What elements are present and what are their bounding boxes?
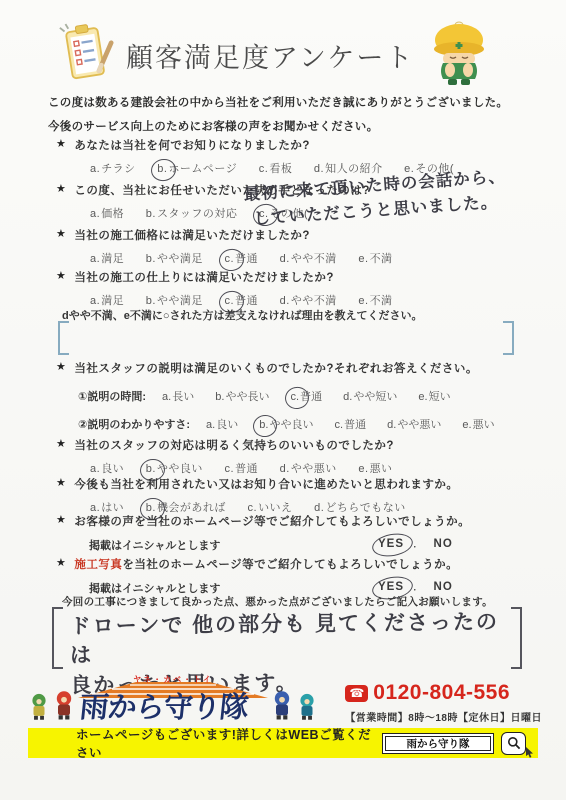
star-icon: ★ xyxy=(56,476,66,492)
no-label: NO xyxy=(434,538,453,550)
star-icon: ★ xyxy=(56,360,66,376)
question-text: 当社のスタッフの対応は明るく気持ちのいいものでしたか? xyxy=(74,437,394,453)
option-letter: b. xyxy=(145,295,157,307)
star-icon: ★ xyxy=(56,182,66,198)
footer: ヤネ・カベ・トイ 雨から守り隊 ☎ 0120-804-556 【営業時間】8時〜… xyxy=(28,676,542,726)
option-label: 満足 xyxy=(101,253,124,265)
option-letter: a. xyxy=(89,163,101,175)
star-icon: ★ xyxy=(56,556,66,572)
option-b: b.やや満足 xyxy=(145,295,203,307)
star-icon: ★ xyxy=(56,227,66,243)
option-letter: b. xyxy=(258,419,269,431)
business-hours: 【営業時間】8時〜18時【定休日】日曜日 xyxy=(345,709,542,724)
question-text: 当社の施工の仕上りには満足いただけましたか? xyxy=(74,269,334,285)
option-letter: a. xyxy=(89,295,101,307)
option-label: やや短い xyxy=(353,391,397,403)
option-letter: e. xyxy=(461,419,472,431)
option-letter: b. xyxy=(214,391,225,403)
logo-tagline: ヤネ・カベ・トイ xyxy=(78,674,268,685)
option-letter: e. xyxy=(357,463,369,475)
option-label: やや不満 xyxy=(291,295,337,307)
web-banner: ホームページもございます!詳しくはWEBご覧ください 雨から守り隊 xyxy=(28,728,538,758)
option-d: d.やや悪い xyxy=(279,463,337,475)
star-icon: ★ xyxy=(56,513,66,529)
option-label: 看板 xyxy=(269,163,292,175)
option-e: e.悪い xyxy=(357,463,392,475)
option-letter: b. xyxy=(145,463,157,475)
separator: ． xyxy=(413,538,426,550)
banner-text: ホームページもございます!詳しくはWEBご覧ください xyxy=(76,725,382,761)
question-text: お客様の声を当社のホームページ等でご紹介してもよろしいでしょうか。 xyxy=(74,513,470,529)
sub-question-clarity: ②説明のわかりやすさ: a.良い b.やや良い c.普通 d.やや悪い e.悪い xyxy=(78,416,540,432)
option-a: a.満足 xyxy=(89,295,124,307)
star-icon: ★ xyxy=(56,137,66,153)
question-4: ★当社の施工の仕上りには満足いただけましたか? a.満足 b.やや満足 c.普通… xyxy=(56,269,540,308)
option-c: c.普通 xyxy=(224,295,259,307)
sub-label: ①説明の時間: xyxy=(78,391,146,403)
red-highlight: 施工写真 xyxy=(74,559,122,571)
option-label: 短い xyxy=(429,391,451,403)
company-logo: ヤネ・カベ・トイ 雨から守り隊 xyxy=(28,676,318,726)
option-a: a.チラシ xyxy=(89,163,136,175)
clipboard-icon xyxy=(58,22,114,89)
option-c: c.看板 xyxy=(258,163,293,175)
option-a: a.価格 xyxy=(89,208,124,220)
magnifier-icon xyxy=(507,736,521,750)
option-letter: e. xyxy=(357,295,369,307)
question-text: 当社の施工価格には満足いただけましたか? xyxy=(74,227,310,243)
option-letter: a. xyxy=(205,419,216,431)
option-label: 良い xyxy=(216,419,238,431)
option-label: 普通 xyxy=(235,463,258,475)
question-5: ★当社スタッフの説明は満足のいくものでしたか?それぞれお答えください。 ①説明の… xyxy=(56,360,540,432)
option-letter: b. xyxy=(145,208,157,220)
pointer-cursor-icon xyxy=(525,745,534,763)
handwritten-line: ドローンで 他の部分も 見てくださったのは xyxy=(70,608,505,671)
option-letter: d. xyxy=(386,419,397,431)
option-e: e.不満 xyxy=(357,253,392,265)
option-letter: c. xyxy=(224,295,236,307)
no-label: NO xyxy=(434,581,453,593)
option-label: やや悪い xyxy=(291,463,337,475)
question-text: あなたは当社を何でお知りになりましたか? xyxy=(74,137,310,153)
option-label: 長い xyxy=(172,391,194,403)
option-label: チラシ xyxy=(101,163,136,175)
yes-no-choice: YES．NO xyxy=(377,535,453,551)
option-letter: a. xyxy=(89,463,101,475)
question-text-rest: を当社のホームページ等でご紹介してもよろしいでしょうか。 xyxy=(122,559,458,571)
option-b: b.やや良い xyxy=(145,463,203,475)
option-e: e.短い xyxy=(417,391,450,403)
intro-text: この度は数ある建設会社の中から当社をご利用いただき誠にありがとうございました。 … xyxy=(48,92,508,139)
option-label: ホームページ xyxy=(168,163,237,175)
option-label: 悪い xyxy=(473,419,495,431)
option-label: やや満足 xyxy=(157,253,203,265)
green-hero-mascot-icon xyxy=(28,691,50,726)
search-button xyxy=(501,732,526,755)
search-value: 雨から守り隊 xyxy=(385,736,491,751)
option-label: 不満 xyxy=(370,253,393,265)
star-icon: ★ xyxy=(56,269,66,285)
search-input: 雨から守り隊 xyxy=(382,733,494,754)
option-c: c.普通 xyxy=(290,391,323,403)
option-letter: a. xyxy=(161,391,172,403)
question-3: ★当社の施工価格には満足いただけましたか? a.満足 b.やや満足 c.普通 d… xyxy=(56,227,540,266)
option-label: やや長い xyxy=(225,391,269,403)
intro-line-2: 今後のサービス向上のためにお客様の声をお聞かせください。 xyxy=(48,116,508,140)
option-label: 普通 xyxy=(344,419,366,431)
option-letter: a. xyxy=(89,253,101,265)
logo-text: 雨から守り隊 xyxy=(78,685,250,726)
question-9: ★施工写真を当社のホームページ等でご紹介してもよろしいでしょうか。 掲載はイニシ… xyxy=(56,556,540,596)
yes-no-choice: YES．NO xyxy=(377,578,453,594)
sub-question-time: ①説明の時間: a.長い b.やや長い c.普通 d.やや短い e.短い xyxy=(78,388,540,404)
option-d: d.やや悪い xyxy=(386,419,441,431)
option-a: a.満足 xyxy=(89,253,124,265)
scanned-survey-page: 顧客満足度アンケート この度は数ある建設会社の中から当社をご利用いただき誠にあり… xyxy=(0,0,566,800)
option-e: e.不満 xyxy=(357,295,392,307)
initials-note: 掲載はイニシャルとします xyxy=(89,540,220,552)
option-letter: e. xyxy=(417,391,428,403)
question-text: 今後も当社を利用されたい又はお知り合いに進めたいと思われますか。 xyxy=(74,476,458,492)
option-letter: b. xyxy=(145,253,157,265)
option-label: やや不満 xyxy=(291,253,337,265)
option-letter: c. xyxy=(224,463,236,475)
option-b: b.スタッフの対応 xyxy=(145,208,238,220)
option-label: 良い xyxy=(101,463,124,475)
yes-label: YES xyxy=(377,581,405,593)
option-letter: c. xyxy=(290,391,301,403)
navy-hero-mascot-icon xyxy=(270,688,294,726)
option-c: c.普通 xyxy=(224,463,259,475)
phone-icon: ☎ xyxy=(345,685,368,702)
option-label: スタッフの対応 xyxy=(157,208,238,220)
option-a: a.良い xyxy=(205,419,238,431)
search-widget: 雨から守り隊 xyxy=(382,732,526,755)
contact-block: ☎ 0120-804-556 【営業時間】8時〜18時【定休日】日曜日 xyxy=(345,676,542,724)
empty-answer-box xyxy=(58,321,514,355)
option-a: a.良い xyxy=(89,463,124,475)
question-8: ★お客様の声を当社のホームページ等でご紹介してもよろしいでしょうか。 掲載はイニ… xyxy=(56,513,540,553)
option-letter: b. xyxy=(156,163,168,175)
option-d: d.やや不満 xyxy=(279,253,337,265)
option-letter: d. xyxy=(279,295,291,307)
option-b: b.やや良い xyxy=(258,419,313,431)
option-a: a.長い xyxy=(161,391,194,403)
option-b: b.やや満足 xyxy=(145,253,203,265)
blue-hero-mascot-icon xyxy=(296,691,318,726)
option-letter: d. xyxy=(279,463,291,475)
option-b: b.ホームページ xyxy=(156,163,237,175)
option-letter: a. xyxy=(89,208,101,220)
phone-number: 0120-804-556 xyxy=(373,681,510,705)
intro-line-1: この度は数ある建設会社の中から当社をご利用いただき誠にありがとうございました。 xyxy=(48,92,508,116)
option-label: やや満足 xyxy=(157,295,203,307)
sub-label: ②説明のわかりやすさ: xyxy=(78,419,190,431)
option-d: d.やや不満 xyxy=(279,295,337,307)
option-b: b.やや長い xyxy=(214,391,269,403)
option-label: 悪い xyxy=(370,463,393,475)
question-6: ★当社のスタッフの対応は明るく気持ちのいいものでしたか? a.良い b.やや良い… xyxy=(56,437,540,476)
mascot-icon xyxy=(428,18,490,93)
question-7: ★今後も当社を利用されたい又はお知り合いに進めたいと思われますか。 a.はい b… xyxy=(56,476,540,515)
option-letter: d. xyxy=(342,391,353,403)
page-title: 顧客満足度アンケート xyxy=(126,36,414,75)
yes-label: YES xyxy=(377,538,405,550)
option-letter: d. xyxy=(279,253,291,265)
option-label: やや悪い xyxy=(397,419,441,431)
option-letter: c. xyxy=(334,419,345,431)
option-label: 満足 xyxy=(101,295,124,307)
red-hero-mascot-icon xyxy=(52,688,76,726)
option-label: 価格 xyxy=(101,208,124,220)
question-text: 施工写真を当社のホームページ等でご紹介してもよろしいでしょうか。 xyxy=(74,556,458,572)
star-icon: ★ xyxy=(56,437,66,453)
option-c: c.普通 xyxy=(224,253,259,265)
question-text: 当社スタッフの説明は満足のいくものでしたか?それぞれお答えください。 xyxy=(74,360,478,376)
option-label: 不満 xyxy=(370,295,393,307)
option-letter: c. xyxy=(258,163,270,175)
option-letter: c. xyxy=(224,253,236,265)
option-letter: d. xyxy=(313,163,325,175)
option-e: e.悪い xyxy=(461,419,494,431)
header: 顧客満足度アンケート xyxy=(58,18,536,92)
option-c: c.普通 xyxy=(334,419,367,431)
option-d: d.やや短い xyxy=(342,391,397,403)
separator: ． xyxy=(413,581,426,593)
final-comment-box: ドローンで 他の部分も 見てくださったのは 良かったと思います。 xyxy=(52,607,522,669)
option-letter: e. xyxy=(357,253,369,265)
logo-center: ヤネ・カベ・トイ 雨から守り隊 xyxy=(78,676,268,726)
